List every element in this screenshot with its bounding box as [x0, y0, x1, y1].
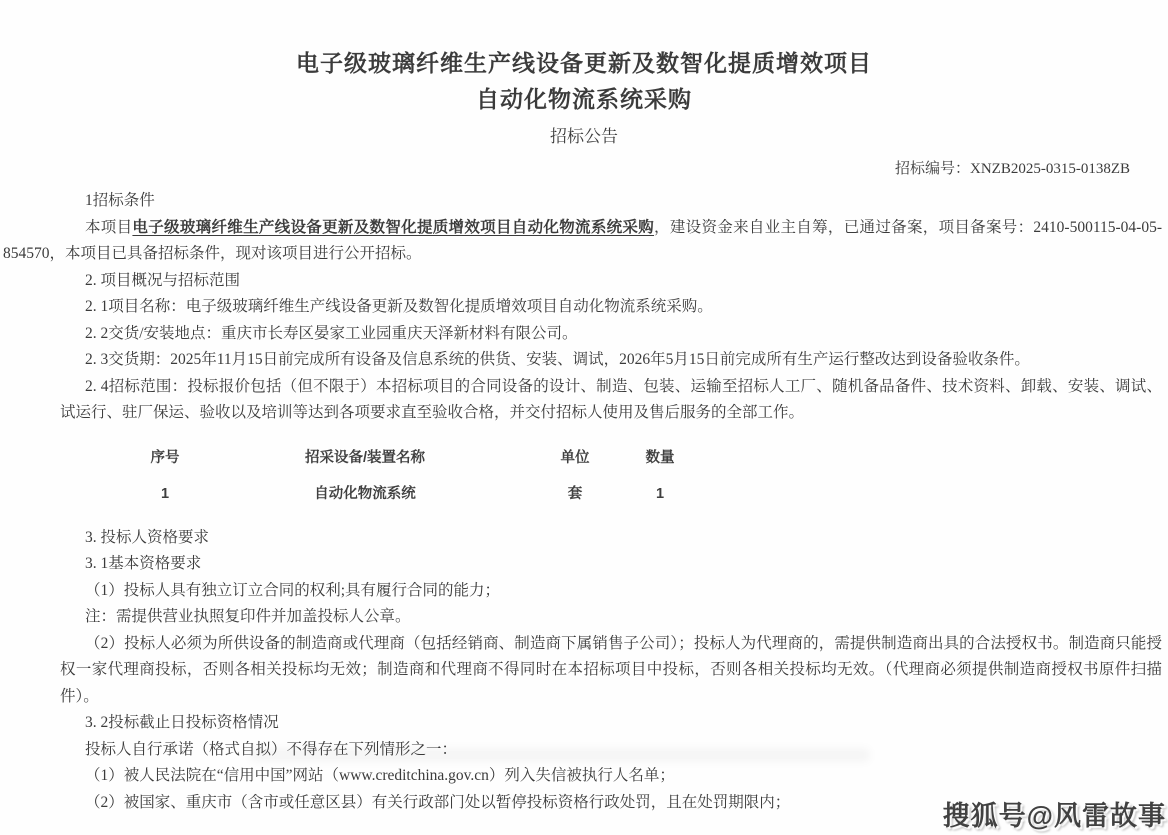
section-1-paragraph: 本项目电子级玻璃纤维生产线设备更新及数智化提质增效项目自动化物流系统采购，建设资… — [3, 215, 1162, 268]
paragraph-prefix: 本项目 — [85, 219, 132, 236]
document-title-line1: 电子级玻璃纤维生产线设备更新及数智化提质增效项目 — [0, 46, 1168, 82]
tender-number: 招标编号：XNZB2025-0315-0138ZB — [0, 158, 1168, 180]
table-header-row: 序号 招采设备/装置名称 单位 数量 — [130, 441, 700, 477]
section-2-item-delivery-location: 2. 2交货/安装地点：重庆市长寿区晏家工业园重庆天泽新材料有限公司。 — [60, 321, 1162, 348]
section-2-heading: 2. 项目概况与招标范围 — [60, 268, 1162, 295]
section-3-1-item-2: （2）投标人必须为所供设备的制造商或代理商（包括经销商、制造商下属销售子公司）；… — [60, 631, 1162, 711]
section-3-1-item-1: （1）投标人具有独立订立合同的权利;具有履行合同的能力； — [60, 578, 1162, 605]
section-3-2-item-1: （1）被人民法院在“信用中国”网站（www.creditchina.gov.cn… — [60, 763, 1162, 790]
col-header-equipment-name: 招采设备/装置名称 — [200, 441, 530, 477]
document-body: 1招标条件 本项目电子级玻璃纤维生产线设备更新及数智化提质增效项目自动化物流系统… — [60, 188, 1162, 816]
cell-quantity: 1 — [620, 477, 700, 513]
section-3-heading: 3. 投标人资格要求 — [60, 525, 1162, 552]
section-2-item-delivery-period: 2. 3交货期：2025年11月15日前完成所有设备及信息系统的供货、安装、调试… — [60, 347, 1162, 374]
cell-equipment-name: 自动化物流系统 — [200, 477, 530, 513]
scan-artifact — [250, 748, 870, 762]
section-3-2-heading: 3. 2投标截止日投标资格情况 — [60, 710, 1162, 737]
tender-announcement-page: 电子级玻璃纤维生产线设备更新及数智化提质增效项目 自动化物流系统采购 招标公告 … — [0, 0, 1168, 835]
document-header: 电子级玻璃纤维生产线设备更新及数智化提质增效项目 自动化物流系统采购 招标公告 — [0, 0, 1168, 150]
cell-index: 1 — [130, 477, 200, 513]
col-header-unit: 单位 — [530, 441, 620, 477]
equipment-table: 序号 招采设备/装置名称 单位 数量 1 自动化物流系统 套 1 — [130, 441, 700, 513]
document-type-heading: 招标公告 — [0, 124, 1168, 150]
project-name-underlined: 电子级玻璃纤维生产线设备更新及数智化提质增效项目自动化物流系统采购 — [132, 219, 654, 236]
cell-unit: 套 — [530, 477, 620, 513]
section-3-1-heading: 3. 1基本资格要求 — [60, 551, 1162, 578]
col-header-quantity: 数量 — [620, 441, 700, 477]
document-title-line2: 自动化物流系统采购 — [0, 82, 1168, 118]
col-header-index: 序号 — [130, 441, 200, 477]
sohu-watermark: 搜狐号@风雷故事 — [943, 794, 1166, 833]
section-1-heading: 1招标条件 — [60, 188, 1162, 215]
section-2-item-project-name: 2. 1项目名称：电子级玻璃纤维生产线设备更新及数智化提质增效项目自动化物流系统… — [60, 294, 1162, 321]
section-3-1-note: 注：需提供营业执照复印件并加盖投标人公章。 — [60, 604, 1162, 631]
section-2-item-bid-scope: 2. 4招标范围：投标报价包括（但不限于）本招标项目的合同设备的设计、制造、包装… — [60, 374, 1162, 427]
table-row: 1 自动化物流系统 套 1 — [130, 477, 700, 513]
